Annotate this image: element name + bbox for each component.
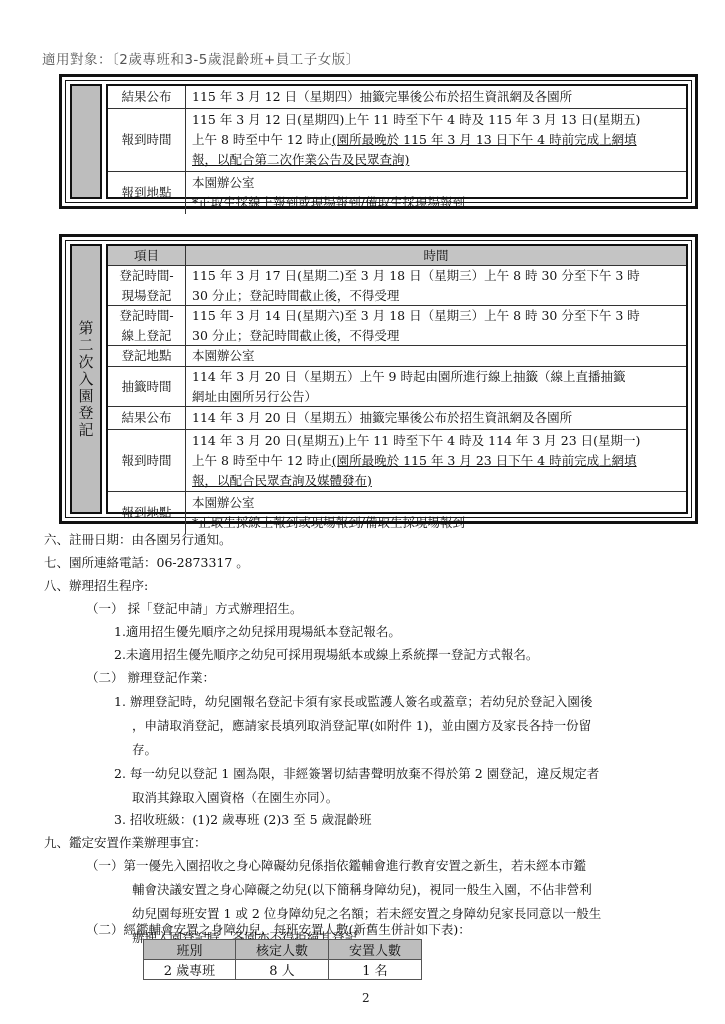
cell-approved-count: 8 人	[235, 960, 328, 980]
row-label: 報到地點	[108, 172, 186, 214]
content-line: 114 年 3 月 20 日（星期五）上午 9 時起由園所進行線上抽籤（線上直播…	[192, 367, 680, 387]
section-8-1-item-1: 1.適用招生優先順序之幼兒採用現場紙本登記報名。	[114, 622, 401, 642]
cell-class: 2 歲專班	[144, 960, 236, 980]
section-8-2-item-1-line-1: 1. 辦理登記時，幼兒園報名登記卡須有家長或監護人簽名或蓋章；若幼兒於登記入園後	[114, 692, 592, 712]
content-line: 本園辦公室	[192, 346, 680, 366]
section-8-2-item-1-line-3: 存。	[132, 740, 157, 760]
table-row: 登記時間- 線上登記 115 年 3 月 14 日(星期六)至 3 月 18 日…	[108, 306, 686, 346]
table-header-row: 班別 核定人數 安置人數	[144, 940, 422, 960]
table-row: 登記地點 本園辦公室	[108, 346, 686, 367]
row-content: 114 年 3 月 20 日（星期五）抽籤完畢後公布於招生資訊網及各園所	[186, 407, 686, 429]
section-9-1-line-2: 輔會決議安置之身心障礙之幼兒(以下簡稱身障幼兒)，視同一般生入園，不佔非營利	[132, 880, 592, 900]
audience-header: 適用對象：〔2歲專班和3-5歲混齡班+員工子女版〕	[42, 48, 360, 68]
row-content: 115 年 3 月 12 日(星期四)上午 11 時至下午 4 時及 115 年…	[186, 109, 686, 171]
row-label: 登記時間- 線上登記	[108, 306, 186, 345]
underlined-note: 報，以配合民眾查詢及媒體發布)	[192, 471, 680, 491]
side-label-column	[70, 84, 102, 199]
table-row: 2 歲專班 8 人 1 名	[144, 960, 422, 980]
section-9-title: 九、鑑定安置作業辦理事宜：	[44, 833, 207, 853]
page-number: 2	[362, 991, 370, 1005]
content-line: 上午 8 時至中午 12 時止(園所最晚於 115 年 3 月 13 日下午 4…	[192, 130, 680, 150]
content-line: 網址由園所另行公告）	[192, 387, 680, 407]
section-8-2: （二） 辦理登記作業：	[86, 668, 215, 688]
header-item: 項目	[108, 246, 186, 265]
row-label: 結果公布	[108, 407, 186, 429]
placement-table: 班別 核定人數 安置人數 2 歲專班 8 人 1 名	[143, 939, 422, 980]
cell-placement-count: 1 名	[328, 960, 421, 980]
row-content: 本園辦公室	[186, 346, 686, 366]
row-label: 報到時間	[108, 109, 186, 171]
content-line: *正取生採線上報到或現場報到/備取生採現場報到	[192, 513, 680, 533]
content-line: 115 年 3 月 12 日（星期四）抽籤完畢後公布於招生資訊網及各園所	[192, 87, 680, 107]
side-label: 第二次入園登記	[76, 320, 97, 439]
side-label-column: 第二次入園登記	[70, 244, 102, 514]
row-content: 114 年 3 月 20 日（星期五）上午 9 時起由園所進行線上抽籤（線上直播…	[186, 367, 686, 406]
content-line: 30 分止；登記時間截止後，不得受理	[192, 286, 680, 306]
row-label: 結果公布	[108, 86, 186, 108]
header-time: 時間	[186, 246, 686, 265]
section-7-phone: 七、園所連絡電話：06-2873317 。	[44, 553, 249, 573]
content-text: 上午 8 時至中午 12 時止	[192, 453, 332, 468]
row-content: 115 年 3 月 17 日(星期二)至 3 月 18 日（星期三）上午 8 時…	[186, 266, 686, 305]
section-6-registration-date: 六、註冊日期：由各園另行通知。	[44, 530, 232, 550]
section-8-2-item-2-line-1: 2. 每一幼兒以登記 1 園為限，非經簽署切結書聲明放棄不得於第 2 園登記，違…	[114, 764, 599, 784]
section-8-title: 八、辦理招生程序:	[44, 576, 148, 596]
label-line: 現場登記	[121, 286, 171, 306]
table-header-row: 項目 時間	[108, 246, 686, 266]
first-admission-table-continued: 結果公布 115 年 3 月 12 日（星期四）抽籤完畢後公布於招生資訊網及各園…	[59, 74, 698, 209]
row-content: 114 年 3 月 20 日(星期五)上午 11 時至下午 4 時及 114 年…	[186, 430, 686, 491]
content-line: 本園辦公室	[192, 173, 680, 193]
section-9-2: （二）經鑑輔會安置之身障幼兒，每班安置人數(新舊生併計如下表)：	[86, 920, 471, 940]
underlined-note: (園所最晚於 115 年 3 月 13 日下午 4 時前完成上網填	[332, 132, 637, 147]
content-line: 115 年 3 月 12 日(星期四)上午 11 時至下午 4 時及 115 年…	[192, 110, 680, 130]
table-row: 報到地點 本園辦公室 *正取生採線上報到或現場報到/備取生採現場報到	[108, 172, 686, 214]
table-row: 結果公布 114 年 3 月 20 日（星期五）抽籤完畢後公布於招生資訊網及各園…	[108, 407, 686, 430]
section-8-2-item-1-line-2: ，申請取消登記，應請家長填列取消登記單(如附件 1)，並由園方及家長各持一份留	[132, 716, 591, 736]
header-approved-count: 核定人數	[235, 940, 328, 960]
second-admission-table: 第二次入園登記 項目 時間 登記時間- 現場登記 115 年 3 月 17 日(…	[59, 234, 698, 524]
row-content: 115 年 3 月 12 日（星期四）抽籤完畢後公布於招生資訊網及各園所	[186, 86, 686, 108]
section-8-2-item-2-line-2: 取消其錄取入園資格（在園生亦同）。	[132, 788, 338, 808]
label-line: 登記時間-	[119, 266, 173, 286]
section-8-2-item-3: 3. 招收班級：(1)2 歲專班 (2)3 至 5 歲混齡班	[114, 810, 372, 830]
section-8-1: （一） 採「登記申請」方式辦理招生。	[86, 599, 302, 619]
content-line: 上午 8 時至中午 12 時止(園所最晚於 115 年 3 月 23 日下午 4…	[192, 451, 680, 471]
content-line: 本園辦公室	[192, 493, 680, 513]
header-class: 班別	[144, 940, 236, 960]
table-row: 報到時間 114 年 3 月 20 日(星期五)上午 11 時至下午 4 時及 …	[108, 430, 686, 492]
content-line: 114 年 3 月 20 日(星期五)上午 11 時至下午 4 時及 114 年…	[192, 431, 680, 451]
section-9-1-line-1: （一）第一優先入園招收之身心障礙幼兒係指依鑑輔會進行教育安置之新生，若未經本市鑑	[86, 856, 586, 876]
section-8-1-item-2: 2.未適用招生優先順序之幼兒可採用現場紙本或線上系統擇一登記方式報名。	[114, 645, 538, 665]
label-line: 登記時間-	[119, 306, 173, 326]
content-line: 115 年 3 月 17 日(星期二)至 3 月 18 日（星期三）上午 8 時…	[192, 266, 680, 286]
row-content: 115 年 3 月 14 日(星期六)至 3 月 18 日（星期三）上午 8 時…	[186, 306, 686, 345]
label-line: 線上登記	[121, 326, 171, 346]
content-line: *正取生採線上報到或現場報到/備取生採現場報到	[192, 193, 680, 213]
row-label: 報到時間	[108, 430, 186, 491]
table-row: 登記時間- 現場登記 115 年 3 月 17 日(星期二)至 3 月 18 日…	[108, 266, 686, 306]
row-label: 報到地點	[108, 492, 186, 534]
content-line: 114 年 3 月 20 日（星期五）抽籤完畢後公布於招生資訊網及各園所	[192, 408, 680, 428]
row-label: 登記地點	[108, 346, 186, 366]
row-content: 本園辦公室 *正取生採線上報到或現場報到/備取生採現場報到	[186, 172, 686, 214]
table-row: 結果公布 115 年 3 月 12 日（星期四）抽籤完畢後公布於招生資訊網及各園…	[108, 86, 686, 109]
row-label: 抽籤時間	[108, 367, 186, 406]
table-row: 報到地點 本園辦公室 *正取生採線上報到或現場報到/備取生採現場報到	[108, 492, 686, 534]
underlined-note: 報，以配合第二次作業公告及民眾查詢)	[192, 150, 680, 170]
table-row: 抽籤時間 114 年 3 月 20 日（星期五）上午 9 時起由園所進行線上抽籤…	[108, 367, 686, 407]
content-text: 上午 8 時至中午 12 時止	[192, 132, 332, 147]
table-row: 報到時間 115 年 3 月 12 日(星期四)上午 11 時至下午 4 時及 …	[108, 109, 686, 172]
underlined-note: (園所最晚於 115 年 3 月 23 日下午 4 時前完成上網填	[332, 453, 637, 468]
content-line: 115 年 3 月 14 日(星期六)至 3 月 18 日（星期三）上午 8 時…	[192, 306, 680, 326]
header-placement-count: 安置人數	[328, 940, 421, 960]
content-line: 30 分止；登記時間截止後，不得受理	[192, 326, 680, 346]
row-content: 本園辦公室 *正取生採線上報到或現場報到/備取生採現場報到	[186, 492, 686, 534]
row-label: 登記時間- 現場登記	[108, 266, 186, 305]
